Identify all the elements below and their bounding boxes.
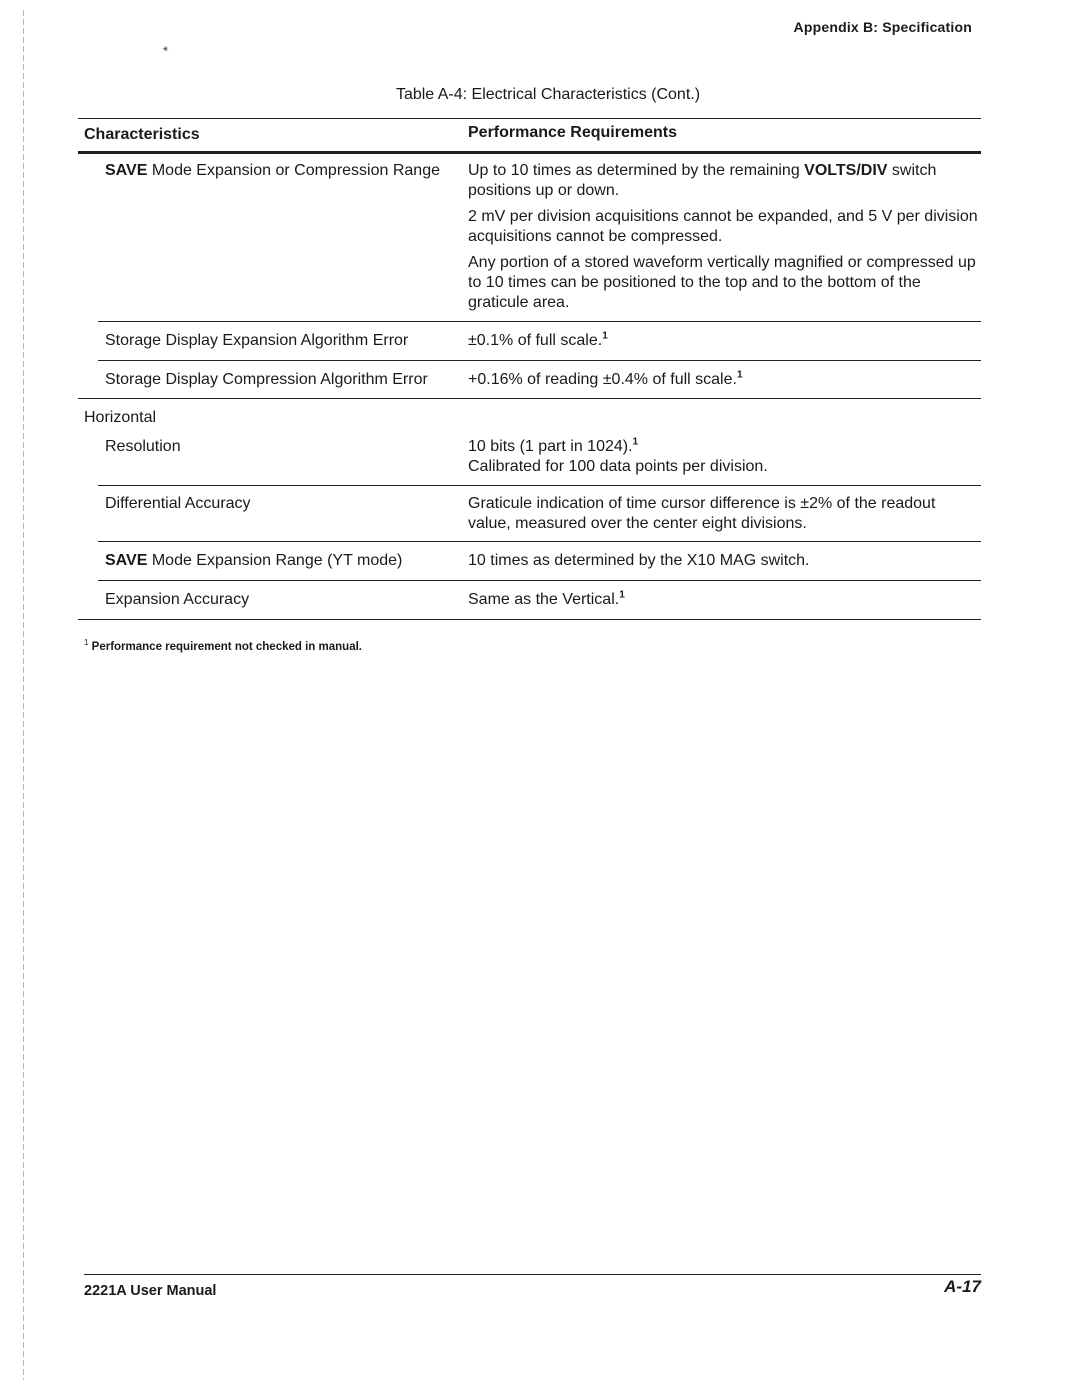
table-row: SAVE Mode Expansion or Compression Range…	[78, 154, 981, 321]
characteristic-cell: SAVE Mode Expansion Range (YT mode)	[78, 551, 468, 571]
binder-edge	[23, 10, 24, 1380]
scan-speck: ✶	[160, 43, 171, 56]
characteristic-cell: Resolution	[78, 437, 468, 477]
table-header: Characteristics Performance Requirements	[78, 119, 981, 151]
characteristic-cell: SAVE Mode Expansion or Compression Range	[78, 161, 468, 313]
requirement-cell: Graticule indication of time cursor diff…	[468, 494, 981, 534]
characteristic-cell: Expansion Accuracy	[78, 590, 468, 610]
requirement-cell: Up to 10 times as determined by the rema…	[468, 161, 981, 313]
characteristic-cell: Differential Accuracy	[78, 494, 468, 534]
running-head: Appendix B: Specification	[794, 19, 972, 35]
table-row: Storage Display Expansion Algorithm Erro…	[78, 322, 981, 360]
table-row: Storage Display Compression Algorithm Er…	[78, 361, 981, 398]
requirement-cell: 10 times as determined by the X10 MAG sw…	[468, 551, 981, 571]
column-header-performance: Performance Requirements	[468, 124, 981, 142]
table-row: Resolution 10 bits (1 part in 1024).1 Ca…	[78, 437, 981, 485]
requirement-cell: +0.16% of reading ±0.4% of full scale.1	[468, 370, 981, 390]
footer-page-number: A-17	[944, 1277, 981, 1297]
table-row: Expansion Accuracy Same as the Vertical.…	[78, 581, 981, 619]
group-label-horizontal: Horizontal	[78, 399, 981, 437]
requirement-cell: Same as the Vertical.1	[468, 590, 981, 610]
footer-manual-title: 2221A User Manual	[84, 1283, 216, 1299]
requirement-cell: ±0.1% of full scale.1	[468, 331, 981, 351]
spec-table: Characteristics Performance Requirements…	[78, 118, 981, 620]
table-footnote: 1 Performance requirement not checked in…	[84, 641, 362, 653]
footer-rule	[84, 1274, 981, 1275]
table-row: SAVE Mode Expansion Range (YT mode) 10 t…	[78, 542, 981, 580]
characteristic-cell: Storage Display Compression Algorithm Er…	[78, 370, 468, 390]
column-header-characteristics: Characteristics	[78, 126, 468, 144]
table-title: Table A-4: Electrical Characteristics (C…	[0, 86, 1080, 104]
characteristic-cell: Storage Display Expansion Algorithm Erro…	[78, 331, 468, 351]
table-bottom-rule	[78, 619, 981, 620]
table-row: Differential Accuracy Graticule indicati…	[78, 486, 981, 541]
requirement-cell: 10 bits (1 part in 1024).1 Calibrated fo…	[468, 437, 981, 477]
